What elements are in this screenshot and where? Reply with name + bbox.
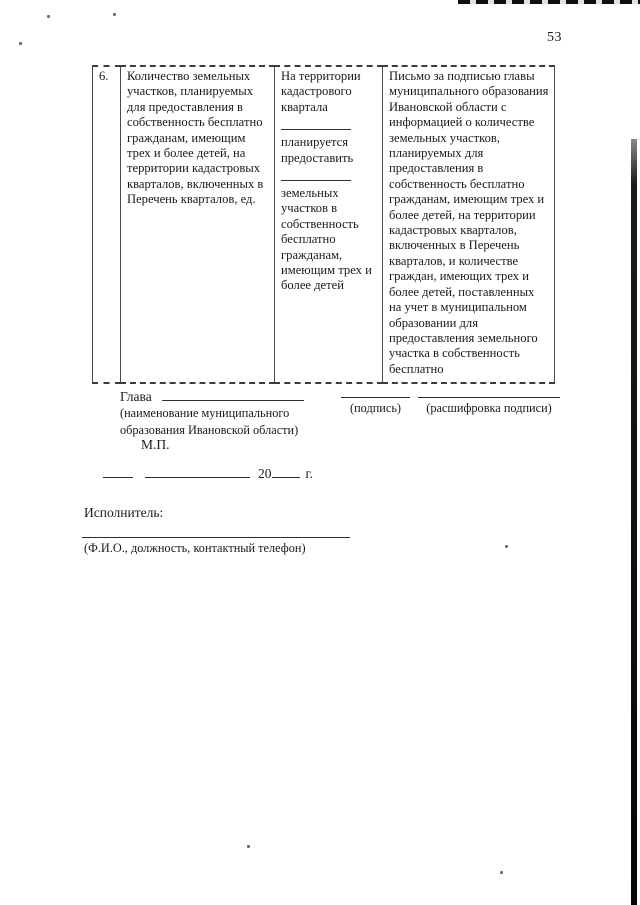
scan-artifact-top-edge bbox=[458, 0, 640, 4]
fill-in-blank-line bbox=[281, 168, 351, 181]
municipality-name-blank bbox=[162, 389, 304, 401]
table-row: 6. Количество земельных участков, планир… bbox=[93, 66, 555, 383]
date-line: 20г. bbox=[103, 466, 313, 482]
stamp-place-abbr: М.П. bbox=[141, 437, 170, 453]
municipality-caption-line1: (наименование муниципального bbox=[120, 405, 298, 422]
executor-label: Исполнитель: bbox=[84, 505, 163, 521]
scan-speck bbox=[247, 845, 250, 848]
source-cell: Письмо за подписью главы муниципального … bbox=[383, 66, 555, 383]
scan-speck bbox=[505, 545, 508, 548]
fill-in-blank-line bbox=[281, 117, 351, 130]
municipality-caption-line2: образования Ивановской области) bbox=[120, 422, 298, 439]
row-number-cell: 6. bbox=[93, 66, 121, 383]
date-month-blank bbox=[145, 466, 250, 478]
scan-artifact-right-edge bbox=[631, 139, 637, 905]
indicators-table: 6. Количество земельных участков, планир… bbox=[92, 65, 555, 384]
date-year-blank bbox=[272, 466, 300, 478]
form-tail-text: земельных участков в собственность беспл… bbox=[281, 186, 377, 294]
scan-speck bbox=[19, 42, 22, 45]
document-page: 53 6. Количество земельных участков, пла… bbox=[0, 0, 640, 905]
scan-speck bbox=[500, 871, 503, 874]
page-number: 53 bbox=[547, 30, 562, 46]
executor-blank-line bbox=[82, 537, 350, 538]
date-century-text: 20 bbox=[258, 466, 272, 481]
municipality-name-caption: (наименование муниципального образования… bbox=[120, 405, 298, 438]
form-cell: На территории кадастрового квартала план… bbox=[275, 66, 383, 383]
scan-speck bbox=[113, 13, 116, 16]
signature-field: (подпись) bbox=[341, 397, 410, 416]
scan-speck bbox=[47, 15, 50, 18]
signature-decode-caption: (расшифровка подписи) bbox=[426, 401, 552, 415]
indicator-cell: Количество земельных участков, планируем… bbox=[121, 66, 275, 383]
head-signature-row: Глава bbox=[120, 389, 304, 405]
form-middle-text: планируется предоставить bbox=[281, 135, 377, 166]
executor-caption: (Ф.И.О., должность, контактный телефон) bbox=[84, 541, 306, 556]
signature-caption: (подпись) bbox=[350, 401, 401, 415]
head-label: Глава bbox=[120, 389, 152, 404]
date-day-blank bbox=[103, 466, 133, 478]
form-intro-text: На территории кадастрового квартала bbox=[281, 69, 377, 115]
signature-decode-field: (расшифровка подписи) bbox=[418, 397, 560, 416]
date-year-suffix: г. bbox=[306, 466, 313, 481]
